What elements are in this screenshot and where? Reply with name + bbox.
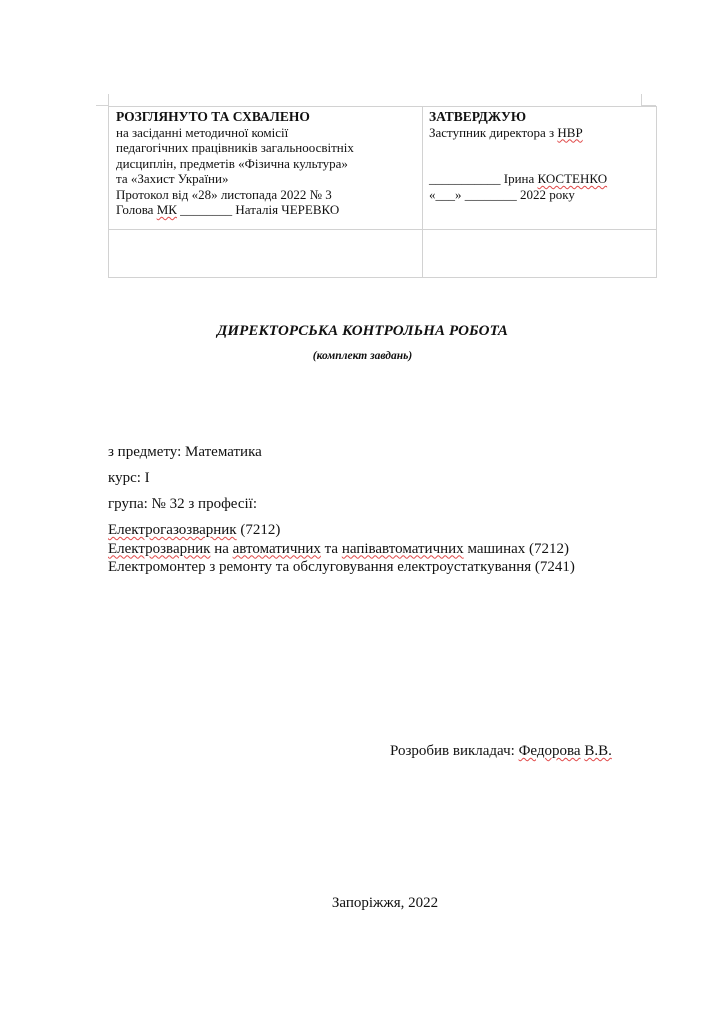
reviewed-line: педагогічних працівників загальноосвітні…: [116, 140, 416, 156]
commission-head-line: Голова МК ________ Наталія ЧЕРЕВКО: [116, 202, 416, 218]
course-line: курс: I: [108, 469, 150, 487]
head-signature: ________ Наталія ЧЕРЕВКО: [177, 202, 339, 217]
profession-item: Електрозварник на автоматичних та напіва…: [108, 540, 575, 559]
profession-item: Електромонтер з ремонту та обслуговуванн…: [108, 558, 575, 577]
spellcheck-flagged-word: В.В.: [584, 743, 612, 759]
spellcheck-flagged-word: МК: [157, 202, 177, 217]
signature-prefix: ___________ Ірина: [429, 171, 538, 186]
table-column-divider: [422, 107, 423, 277]
spellcheck-flagged-word: напівавтоматичних: [342, 541, 464, 557]
subject-line: з предмету: Математика: [108, 443, 262, 461]
approval-date-line: «___» ________ 2022 року: [429, 187, 654, 203]
spacer: [429, 140, 654, 171]
position-prefix: Заступник директора з: [429, 125, 557, 140]
spellcheck-flagged-word: автоматичних: [233, 541, 321, 557]
document-page: РОЗГЛЯНУТО ТА СХВАЛЕНО на засіданні мето…: [0, 0, 725, 1024]
reviewed-heading: РОЗГЛЯНУТО ТА СХВАЛЕНО: [116, 109, 416, 125]
table-row-divider: [109, 229, 656, 230]
profession-text: Електромонтер з ремонту та обслуговуванн…: [108, 559, 575, 575]
author-label: Розробив викладач:: [390, 743, 519, 759]
approved-heading: ЗАТВЕРДЖУЮ: [429, 109, 654, 125]
spellcheck-flagged-word: Електрогазозварник: [108, 522, 237, 538]
deputy-signature-line: ___________ Ірина КОСТЕНКО: [429, 171, 654, 187]
head-prefix: Голова: [116, 202, 157, 217]
group-line: група: № 32 з професії:: [108, 495, 257, 513]
spellcheck-flagged-word: НВР: [557, 125, 582, 140]
author-line: Розробив викладач: Федорова В.В.: [390, 743, 612, 760]
deputy-position: Заступник директора з НВР: [429, 125, 654, 141]
document-subtitle: (комплект завдань): [0, 350, 725, 362]
crop-mark-top-left: [108, 94, 109, 106]
profession-text: та: [321, 541, 342, 557]
reviewed-line: та «Захист України»: [116, 171, 416, 187]
profession-item: Електрогазозварник (7212): [108, 521, 575, 540]
profession-code: машинах (7212): [464, 541, 569, 557]
place-and-year: Запоріжжя, 2022: [0, 895, 725, 912]
profession-code: (7212): [237, 522, 281, 538]
reviewed-line: на засіданні методичної комісії: [116, 125, 416, 141]
professions-list: Електрогазозварник (7212) Електрозварник…: [108, 521, 575, 577]
profession-text: на: [210, 541, 232, 557]
spellcheck-flagged-word: Електрозварник: [108, 541, 210, 557]
approval-reviewed-cell: РОЗГЛЯНУТО ТА СХВАЛЕНО на засіданні мето…: [116, 109, 416, 218]
reviewed-line: дисциплін, предметів «Фізична культура»: [116, 156, 416, 172]
document-title: ДИРЕКТОРСЬКА КОНТРОЛЬНА РОБОТА: [0, 323, 725, 340]
spellcheck-flagged-word: Федорова: [519, 743, 581, 759]
spellcheck-flagged-word: КОСТЕНКО: [538, 171, 608, 186]
approval-approved-cell: ЗАТВЕРДЖУЮ Заступник директора з НВР ___…: [429, 109, 654, 202]
crop-mark-top-left: [96, 105, 108, 106]
approval-table: РОЗГЛЯНУТО ТА СХВАЛЕНО на засіданні мето…: [108, 106, 657, 278]
protocol-line: Протокол від «28» листопада 2022 № 3: [116, 187, 416, 203]
